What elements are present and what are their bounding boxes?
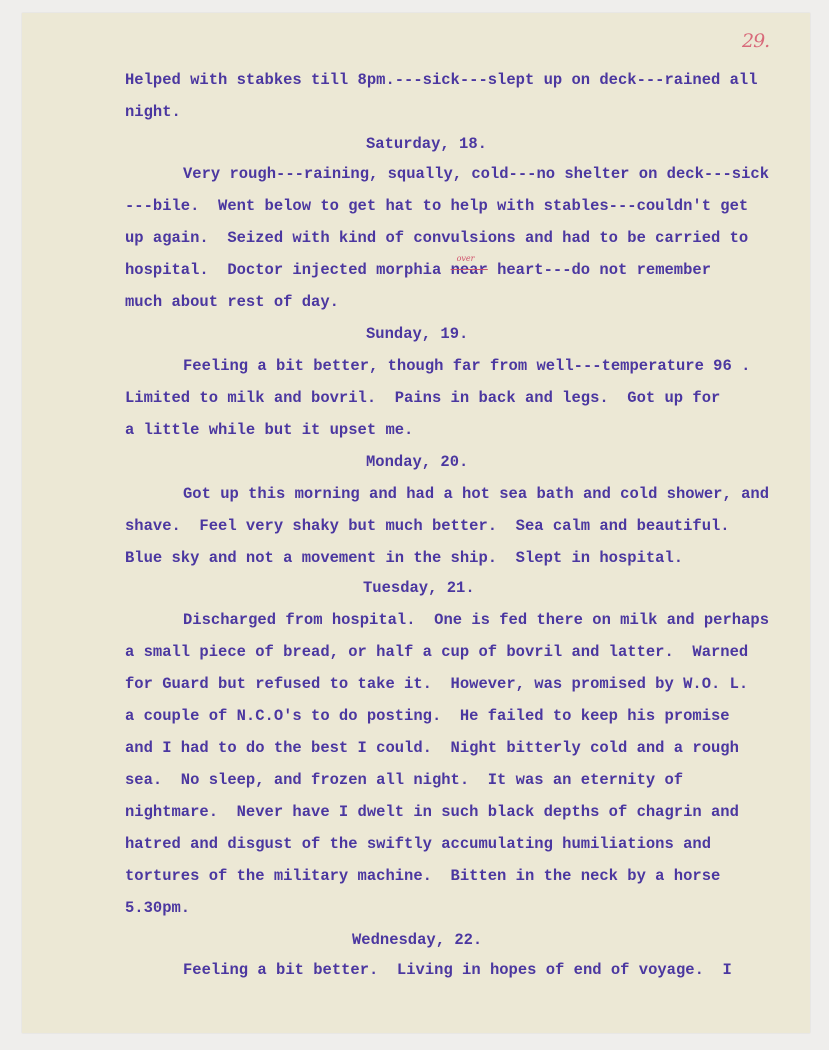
date-heading: Monday, 20. (366, 452, 468, 472)
handwritten-correction: nearover (451, 260, 488, 280)
text-line: and I had to do the best I could. Night … (125, 738, 739, 758)
text-after: heart---do not remember (488, 261, 711, 279)
text-line: night. (125, 102, 181, 122)
text-line: tortures of the military machine. Bitten… (125, 866, 720, 886)
date-heading: Saturday, 18. (366, 134, 487, 154)
date-heading: Sunday, 19. (366, 324, 468, 344)
inserted-word: over (457, 249, 475, 269)
text-line: a couple of N.C.O's to do posting. He fa… (125, 706, 730, 726)
text-line: a small piece of bread, or half a cup of… (125, 642, 748, 662)
text-line: Feeling a bit better, though far from we… (183, 356, 750, 376)
text-line: hatred and disgust of the swiftly accumu… (125, 834, 711, 854)
text-line: shave. Feel very shaky but much better. … (125, 516, 730, 536)
page-number: 29. (742, 30, 769, 52)
text-line: up again. Seized with kind of convulsion… (125, 228, 748, 248)
text-line: Very rough---raining, squally, cold---no… (183, 164, 769, 184)
text-line: sea. No sleep, and frozen all night. It … (125, 770, 683, 790)
text-line: Discharged from hospital. One is fed the… (183, 610, 769, 630)
text-line: nightmare. Never have I dwelt in such bl… (125, 802, 739, 822)
date-heading: Wednesday, 22. (352, 930, 482, 950)
text-line: Limited to milk and bovril. Pains in bac… (125, 388, 720, 408)
text-line: much about rest of day. (125, 292, 339, 312)
text-line: Helped with stabkes till 8pm.---sick---s… (125, 70, 758, 90)
text-line: Got up this morning and had a hot sea ba… (183, 484, 769, 504)
text-line: Feeling a bit better. Living in hopes of… (183, 960, 732, 980)
text-line: ---bile. Went below to get hat to help w… (125, 196, 748, 216)
date-heading: Tuesday, 21. (363, 578, 475, 598)
text-line: 5.30pm. (125, 898, 190, 918)
text-before: hospital. Doctor injected morphia (125, 261, 451, 279)
text-line: for Guard but refused to take it. Howeve… (125, 674, 748, 694)
text-line: Blue sky and not a movement in the ship.… (125, 548, 683, 568)
corrected-text-line: hospital. Doctor injected morphia nearov… (125, 260, 711, 280)
text-line: a little while but it upset me. (125, 420, 413, 440)
